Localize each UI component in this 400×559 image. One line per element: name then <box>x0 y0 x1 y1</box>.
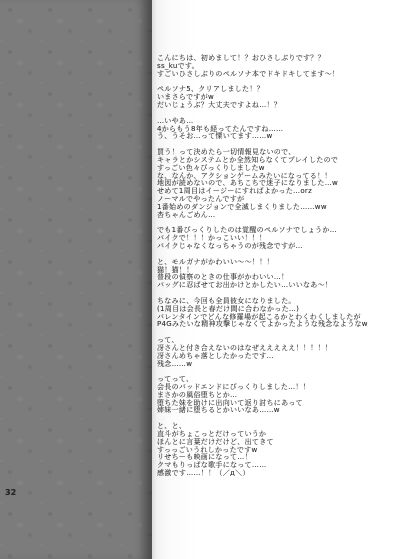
page-content: こんにちは、初めまして！？おひさしぶりです？？ss_kuです。すごいひさしぶりの… <box>152 0 400 559</box>
page-number: 32 <box>5 488 16 497</box>
paragraph: って、冴さんと付き合えないのはなぜえええええ！！！！！冴さんめちゃ落としたかった… <box>157 337 397 368</box>
text-line: う、うそお…って慄いてます……w <box>157 133 397 141</box>
text-line: だいじょうぶ？大丈夫ですよね…！？ <box>157 102 397 110</box>
text-line: すごいひさしぶりのペルソナ本でドキドキしてます～！ <box>157 71 397 79</box>
paragraph: ちなみに、今回も全員彼女になりました。(1周目は会長と春だけ間に合わなかった…)… <box>157 298 397 329</box>
paragraph: ってって、会長のバッドエンドにびっくりしました…！！まさかの風俗堕ちとか…堕ちた… <box>157 376 397 415</box>
text-line: バイクじゃなくなっちゃうのが残念ですが… <box>157 243 397 251</box>
paragraph: と、モルガナがかわいい～～！！！猫！猫！！普段の偵察のときの仕事がかわいい…！バ… <box>157 259 397 290</box>
left-gutter-pattern: 32 <box>0 0 152 559</box>
text-line: 杏ちゃんごめん… <box>157 212 397 220</box>
text-line: バッグに忍ばせてお出かけとかしたい…いいなあ～！ <box>157 282 397 290</box>
paragraph: 買う！って決めたら一切情報見ないので、キャラとかシステムとか全然知らなくてプレイ… <box>157 149 397 219</box>
paragraph: ペルソナ5、クリアしました！？いまさらですがwだいじょうぶ？大丈夫ですよね…！？ <box>157 86 397 109</box>
paragraph: こんにちは、初めまして！？おひさしぶりです？？ss_kuです。すごいひさしぶりの… <box>157 55 397 78</box>
text-line: 冴さんめちゃ落としたかったです… <box>157 353 397 361</box>
text-line: 感激です……！！（／д＼） <box>157 470 397 478</box>
paragraph: と、と、直斗がちょこっとだけっていうかほんとに言葉だけだけど、出てきてすっっごい… <box>157 423 397 478</box>
scanned-page: 32 こんにちは、初めまして！？おひさしぶりです？？ss_kuです。すごいひさし… <box>0 0 400 559</box>
paragraph: …いやあ…4からもう8年も経ってたんですね……う、うそお…って慄いてます……w <box>157 118 397 141</box>
text-line: P4Gみたいな精神攻撃じゃなくてよかったような残念なようなw <box>157 321 397 329</box>
paragraph: でも1番びっくりしたのは覚醒のペルソナでしょうか…バイクで！！！かっこいい！！！… <box>157 227 397 250</box>
afterword-text: こんにちは、初めまして！？おひさしぶりです？？ss_kuです。すごいひさしぶりの… <box>157 55 397 486</box>
text-line: 残念……w <box>157 361 397 369</box>
text-line: 姉妹一緒に堕ちるとかいいなあ……w <box>157 407 397 415</box>
